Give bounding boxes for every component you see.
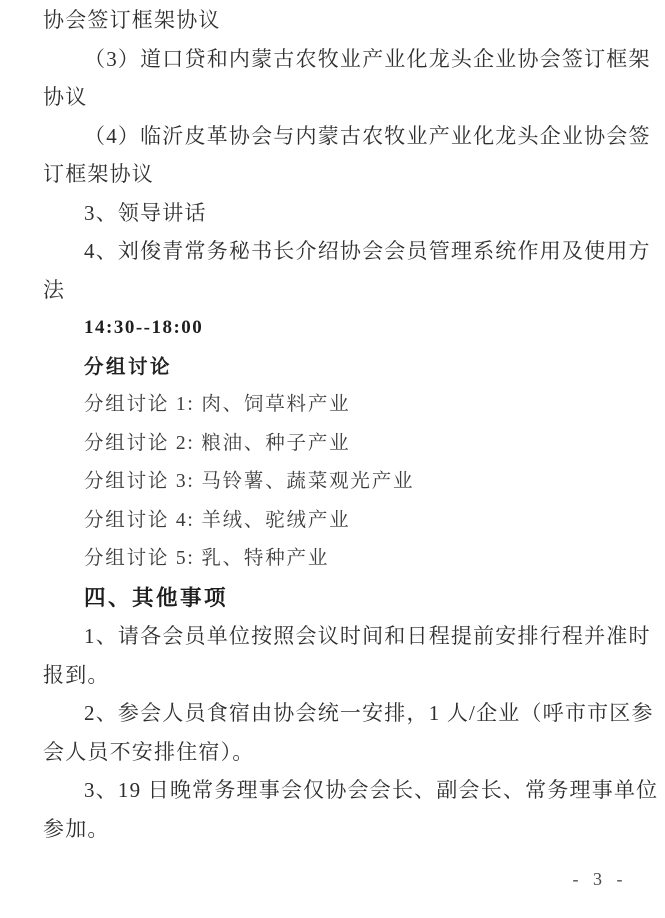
document-line: 订框架协议 [43, 155, 637, 194]
document-line: 3、领导讲话 [43, 194, 637, 233]
document-line: 分组讨论 2: 粮油、种子产业 [43, 425, 637, 464]
document-line: 分组讨论 [43, 348, 637, 387]
document-line: 参加。 [43, 810, 637, 849]
document-line: 3、19 日晚常务理事会仅协会会长、副会长、常务理事单位 [43, 771, 637, 810]
document-line: 法 [43, 271, 637, 310]
document-line: 1、请各会员单位按照会议时间和日程提前安排行程并准时 [43, 617, 637, 656]
document-page: 协会签订框架协议（3）道口贷和内蒙古农牧业产业化龙头企业协会签订框架协议（4）临… [0, 0, 665, 918]
document-line: 分组讨论 1: 肉、饲草料产业 [43, 386, 637, 425]
document-line: 14:30--18:00 [43, 309, 637, 348]
document-line: 4、刘俊青常务秘书长介绍协会会员管理系统作用及使用方 [43, 232, 637, 271]
page-number: - 3 - [560, 869, 640, 890]
document-line: （3）道口贷和内蒙古农牧业产业化龙头企业协会签订框架 [43, 40, 637, 79]
document-line: 2、参会人员食宿由协会统一安排，1 人/企业（呼市市区参 [43, 694, 637, 733]
document-line: 报到。 [43, 656, 637, 695]
document-line: 分组讨论 3: 马铃薯、蔬菜观光产业 [43, 463, 637, 502]
document-line: 四、其他事项 [43, 579, 637, 618]
document-line: 分组讨论 5: 乳、特种产业 [43, 540, 637, 579]
document-body: 协会签订框架协议（3）道口贷和内蒙古农牧业产业化龙头企业协会签订框架协议（4）临… [43, 1, 637, 848]
document-line: 协议 [43, 78, 637, 117]
document-line: 协会签订框架协议 [43, 1, 637, 40]
document-line: 会人员不安排住宿）。 [43, 733, 637, 772]
document-line: （4）临沂皮革协会与内蒙古农牧业产业化龙头企业协会签 [43, 117, 637, 156]
document-line: 分组讨论 4: 羊绒、驼绒产业 [43, 502, 637, 541]
